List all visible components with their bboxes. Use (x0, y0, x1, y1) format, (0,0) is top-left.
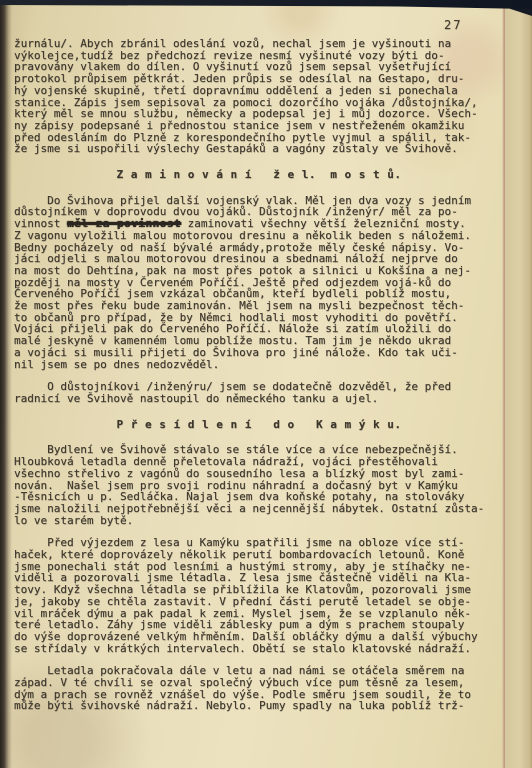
section-heading: P ř e s í d l e n í d o K a m ý k u. (14, 419, 504, 431)
binding-shadow (0, 0, 12, 768)
section-heading: Z a m i n o v á n í ž e l. m o s t ů. (14, 169, 504, 181)
page-number: 27 (444, 18, 462, 32)
document-text: žurnálu/. Abych zbránil odeslání vozů, n… (14, 38, 504, 723)
paragraph: Do Švihova přijel další vojenský vlak. M… (14, 195, 504, 371)
scanned-page: 27 žurnálu/. Abych zbránil odeslání vozů… (0, 0, 532, 768)
paragraph: žurnálu/. Abych zbránil odeslání vozů, n… (14, 38, 504, 155)
paragraph: Letadla pokračovala dále v letu a nad ná… (14, 665, 504, 712)
adjacent-page-edge (505, 0, 532, 768)
paragraph: Před výjezdem z lesa u Kamýku spatřili j… (14, 537, 504, 654)
paragraph-text: zaminovati všechny větší železniční most… (14, 217, 471, 370)
paragraph: O důstojníkovi /inženýru/ jsem se dodate… (14, 381, 504, 404)
paragraph: Bydlení ve Švihově stávalo se stále více… (14, 444, 504, 526)
